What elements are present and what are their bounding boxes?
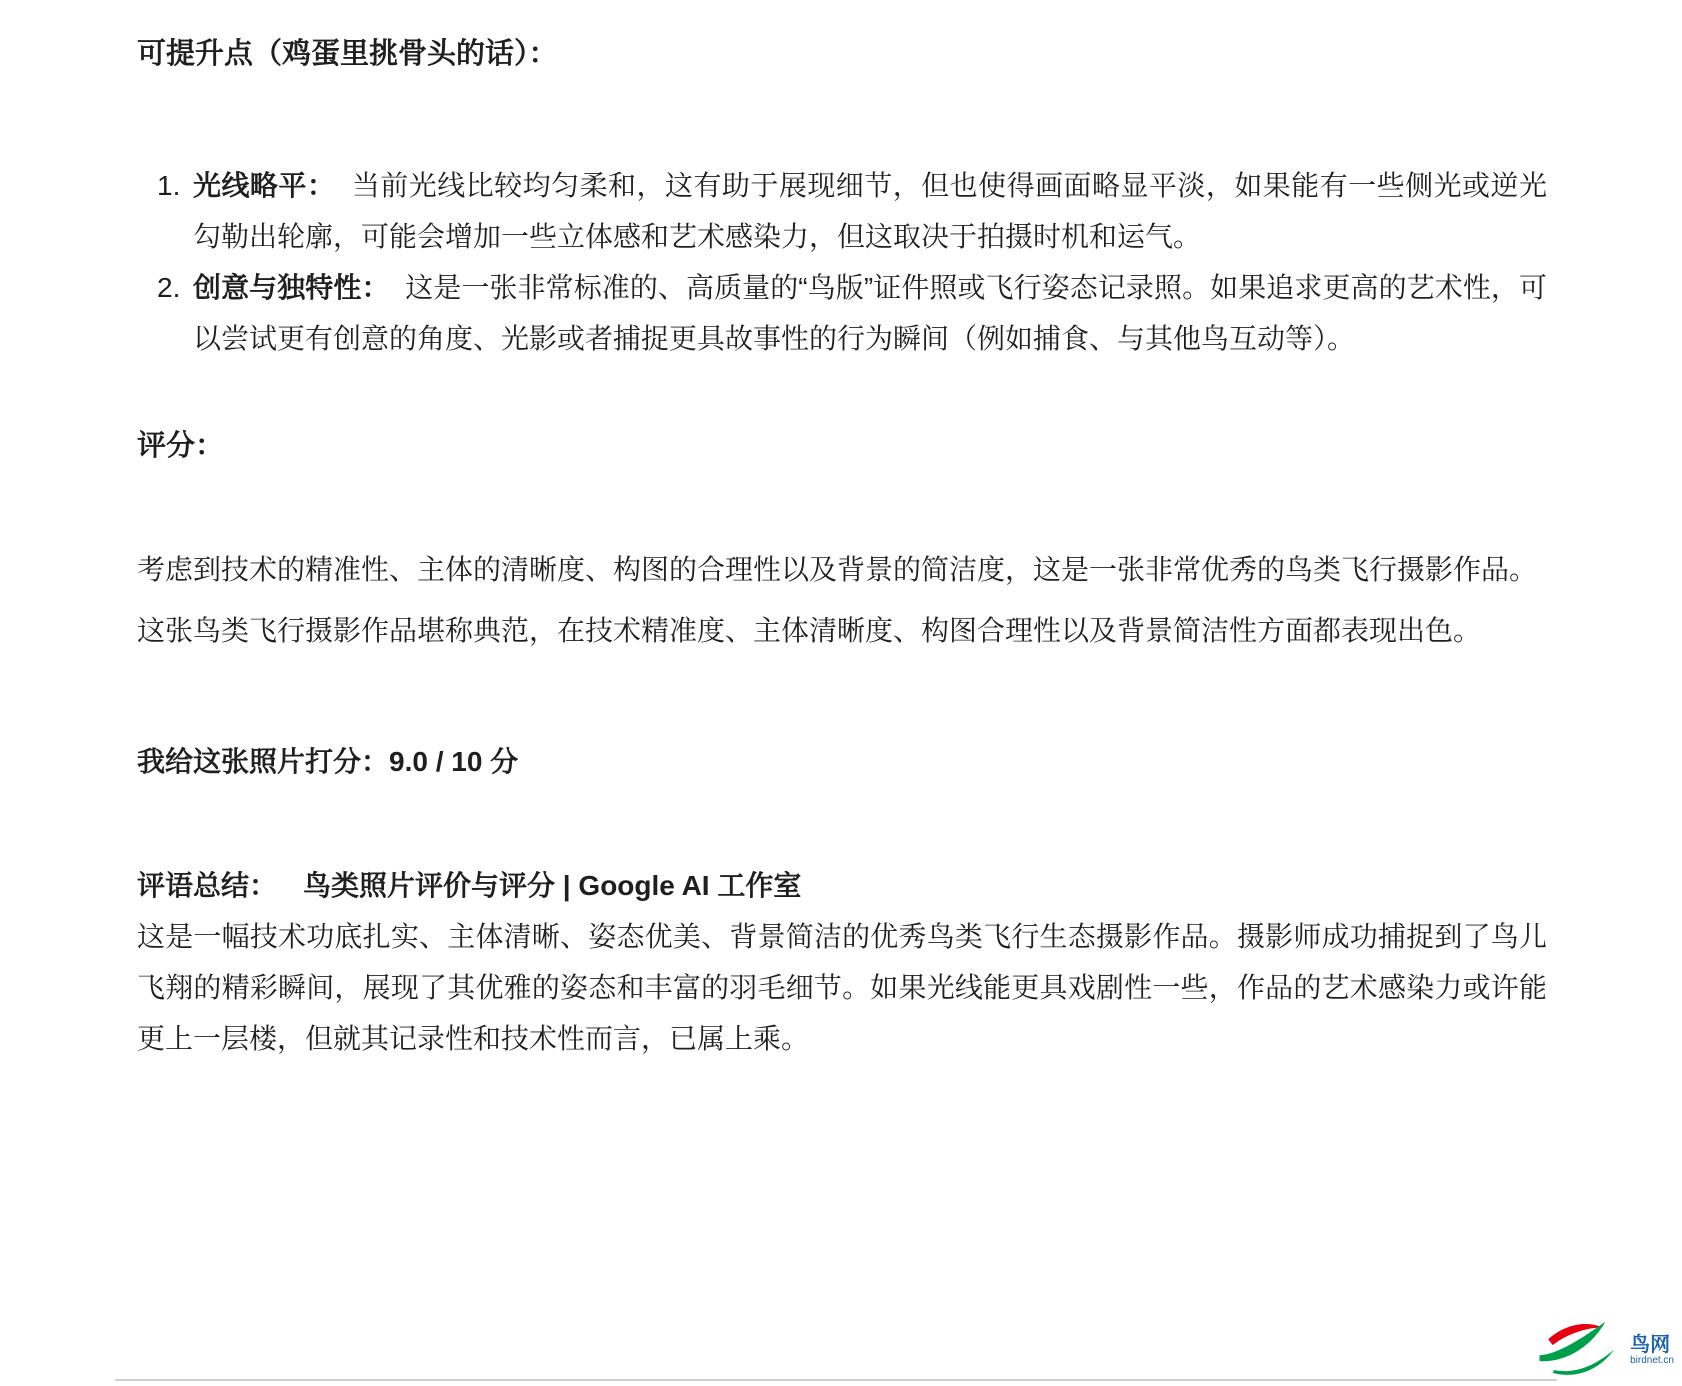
document-page: 可提升点（鸡蛋里挑骨头的话）： 1.光线略平：当前光线比较均匀柔和，这有助于展现… xyxy=(0,0,1682,1386)
birdnet-swoosh-icon xyxy=(1538,1317,1626,1384)
summary-block: 评语总结：鸟类照片评价与评分 | Google AI 工作室 这是一幅技术功底扎… xyxy=(137,860,1547,1064)
birdnet-watermark: 鸟网 birdnet.cn xyxy=(1538,1317,1674,1384)
improvements-heading: 可提升点（鸡蛋里挑骨头的话）： xyxy=(137,34,1547,74)
birdnet-name: 鸟网 xyxy=(1630,1335,1674,1355)
summary-text: 这是一幅技术功底扎实、主体清晰、姿态优美、背景简洁的优秀鸟类飞行生态摄影作品。摄… xyxy=(137,911,1547,1064)
list-item-title: 光线略平： xyxy=(193,170,352,201)
list-item-number: 2. xyxy=(157,262,180,313)
rating-paragraph-1: 考虑到技术的精准性、主体的清晰度、构图的合理性以及背景的简洁度，这是一张非常优秀… xyxy=(137,544,1547,595)
document-content: 可提升点（鸡蛋里挑骨头的话）： 1.光线略平：当前光线比较均匀柔和，这有助于展现… xyxy=(137,34,1547,1064)
list-item-number: 1. xyxy=(157,160,180,211)
list-item-text: 当前光线比较均匀柔和，这有助于展现细节，但也使得画面略显平淡，如果能有一些侧光或… xyxy=(193,170,1547,252)
bottom-divider xyxy=(115,1379,1557,1381)
birdnet-text: 鸟网 birdnet.cn xyxy=(1630,1335,1674,1366)
rating-paragraph-2: 这张鸟类飞行摄影作品堪称典范，在技术精准度、主体清晰度、构图合理性以及背景简洁性… xyxy=(137,605,1547,656)
rating-heading: 评分： xyxy=(137,426,1547,466)
improvements-list: 1.光线略平：当前光线比较均匀柔和，这有助于展现细节，但也使得画面略显平淡，如果… xyxy=(137,160,1547,364)
list-item: 1.光线略平：当前光线比较均匀柔和，这有助于展现细节，但也使得画面略显平淡，如果… xyxy=(137,160,1547,262)
summary-heading-label: 评语总结： xyxy=(137,870,277,901)
summary-heading: 评语总结：鸟类照片评价与评分 | Google AI 工作室 xyxy=(137,860,1547,911)
summary-heading-suffix: 鸟类照片评价与评分 | Google AI 工作室 xyxy=(303,870,801,901)
list-item: 2.创意与独特性：这是一张非常标准的、高质量的“鸟版”证件照或飞行姿态记录照。如… xyxy=(137,262,1547,364)
birdnet-domain: birdnet.cn xyxy=(1630,1356,1674,1366)
list-item-title: 创意与独特性： xyxy=(193,272,405,303)
score-line: 我给这张照片打分：9.0 / 10 分 xyxy=(137,742,1547,782)
